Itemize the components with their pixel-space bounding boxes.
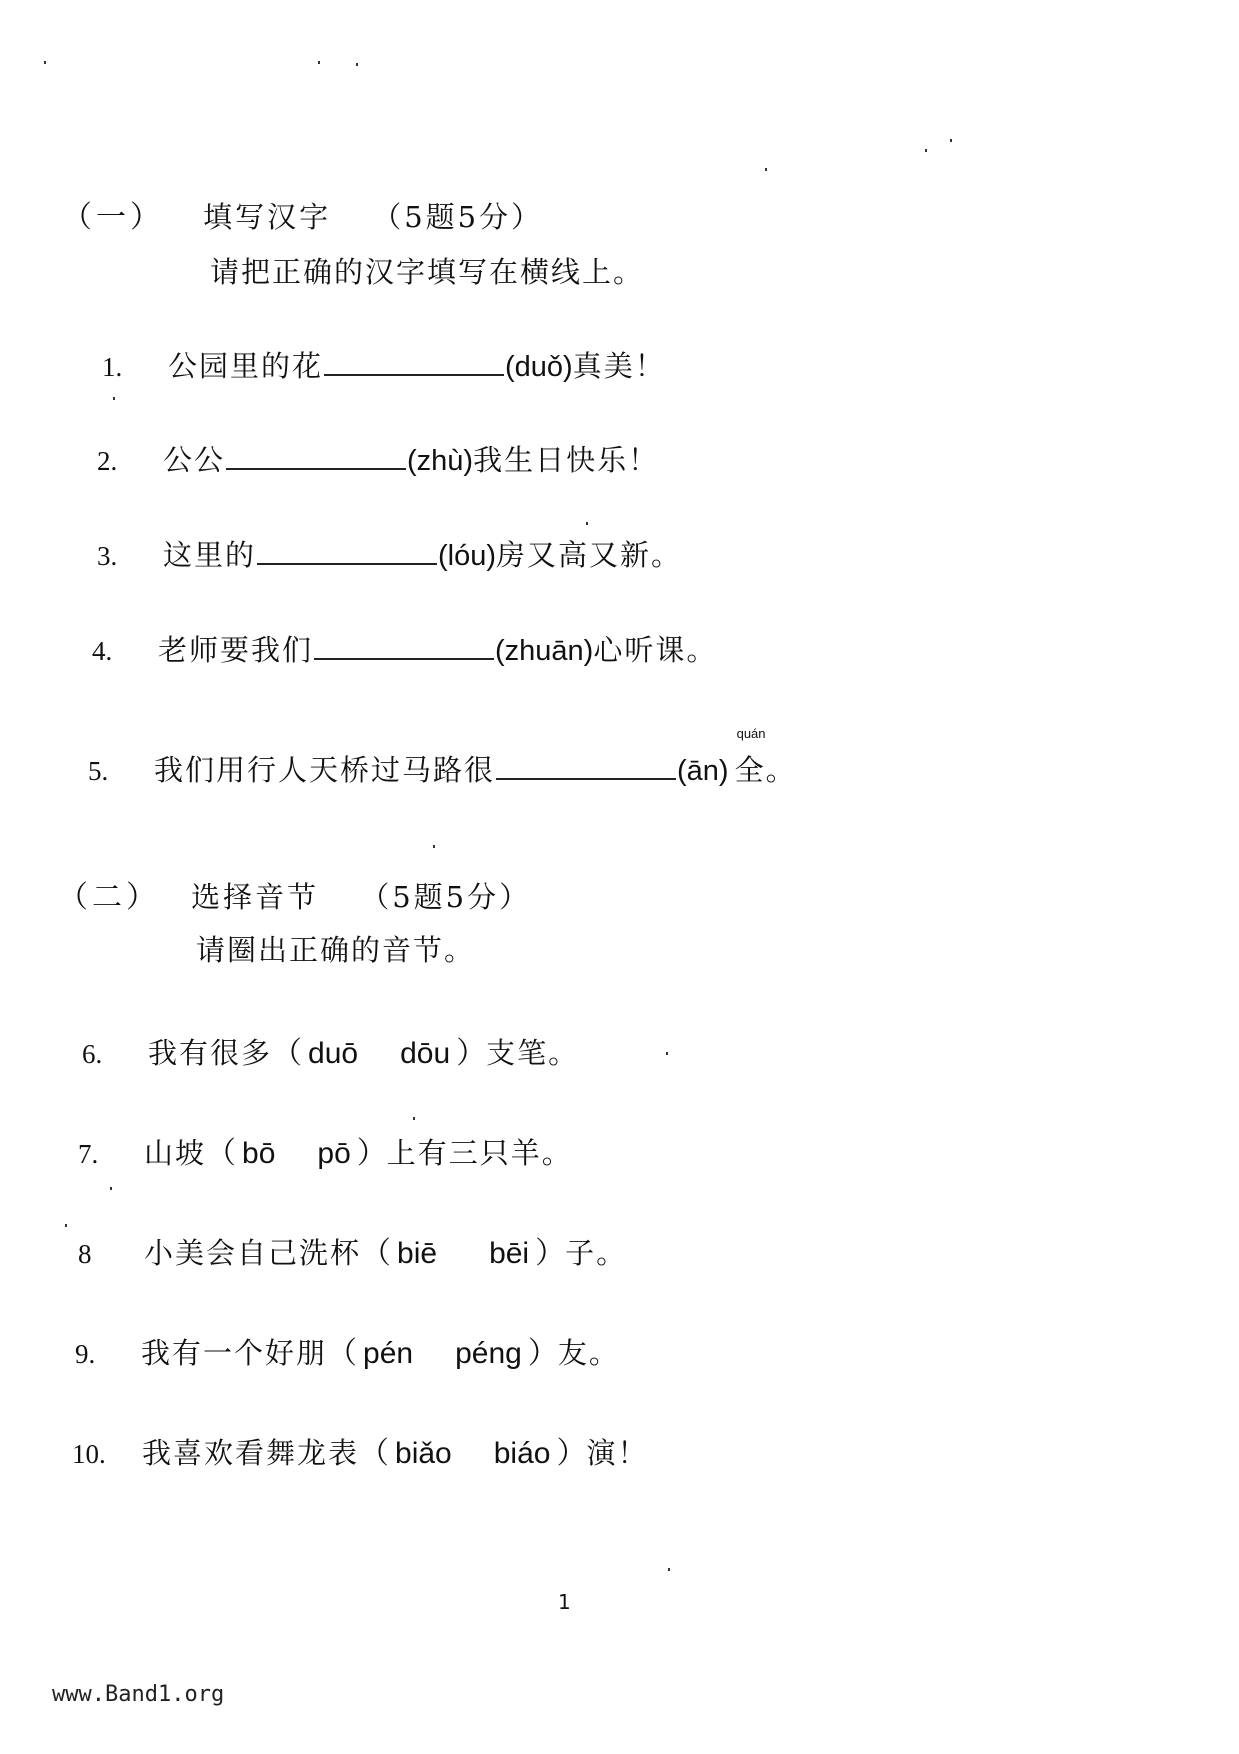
- syllable-option[interactable]: biǎo: [389, 1437, 458, 1471]
- answer-blank[interactable]: [314, 657, 494, 660]
- scan-speck: [113, 397, 115, 400]
- syllable-option[interactable]: bēi: [483, 1237, 535, 1271]
- question-text-after: 子。: [565, 1231, 627, 1272]
- syllable-option[interactable]: biē: [391, 1237, 443, 1271]
- question-number: 6.: [82, 1039, 148, 1070]
- question-1: 1. 公园里的花 (duǒ) 真美！: [102, 344, 666, 385]
- scan-speck: [586, 522, 588, 525]
- footer-website: www.Band1.org: [52, 1682, 224, 1707]
- question-text-after: 房又高又新。: [496, 533, 682, 574]
- question-10: 10. 我喜欢看舞龙表 （ biǎo biáo ） 演！: [72, 1428, 648, 1472]
- question-text-after: 我生日快乐！: [473, 438, 659, 479]
- syllable-option[interactable]: biáo: [488, 1437, 557, 1471]
- scan-speck: [413, 1117, 415, 1120]
- open-paren: （: [206, 1128, 236, 1172]
- question-text-before: 我喜欢看舞龙表: [142, 1431, 359, 1472]
- question-number: 9.: [75, 1339, 141, 1370]
- question-text-before: 公公: [163, 438, 225, 479]
- scan-speck: [110, 1187, 112, 1190]
- pinyin-hint: (duǒ): [505, 351, 573, 384]
- question-text-after: 友。: [558, 1331, 620, 1372]
- section-2-header: （二） 选择音节 （5题5分）: [58, 872, 531, 916]
- syllable-option[interactable]: bō: [236, 1137, 281, 1171]
- answer-blank[interactable]: [257, 562, 437, 565]
- question-number: 8: [78, 1239, 144, 1270]
- question-text-after: 全: [735, 753, 766, 787]
- section-1-header: （一） 填写汉字 （5题5分）: [62, 192, 543, 236]
- question-9: 9. 我有一个好朋 （ pén péng ） 友。: [75, 1328, 620, 1372]
- section-1-title: 填写汉字: [203, 200, 331, 234]
- ruby-pinyin: quán: [737, 726, 766, 741]
- open-paren: （: [361, 1228, 391, 1272]
- question-text-before: 我们用行人天桥过马路很: [154, 748, 495, 789]
- close-paren: ）: [456, 1028, 486, 1072]
- scan-speck: [666, 1052, 668, 1055]
- question-text-before: 这里的: [163, 533, 256, 574]
- close-paren: ）: [556, 1428, 586, 1472]
- question-number: 1.: [102, 352, 168, 383]
- close-paren: ）: [357, 1128, 387, 1172]
- question-5: 5. 我们用行人天桥过马路很 (ān) quán 全 。: [88, 748, 797, 789]
- scan-speck: [44, 61, 46, 64]
- question-text-after: 支笔。: [486, 1031, 579, 1072]
- scan-speck: [318, 61, 320, 64]
- question-2: 2. 公公 (zhù) 我生日快乐！: [97, 438, 659, 479]
- syllable-option[interactable]: pō: [311, 1137, 356, 1171]
- syllable-option[interactable]: dōu: [394, 1037, 456, 1071]
- question-text-before: 我有一个好朋: [141, 1331, 327, 1372]
- section-1-number: （一）: [62, 200, 164, 235]
- question-4: 4. 老师要我们 (zhuān) 心听课。: [92, 628, 717, 669]
- section-2-title: 选择音节: [191, 880, 319, 914]
- section-1-points: （5题5分）: [372, 200, 543, 234]
- question-number: 4.: [92, 636, 158, 667]
- section-2-instruction: 请圈出正确的音节。: [196, 928, 475, 969]
- question-8: 8 小美会自己洗杯 （ biē bēi ） 子。: [78, 1228, 627, 1272]
- question-3: 3. 这里的 (lóu) 房又高又新。: [97, 533, 682, 574]
- close-paren: ）: [535, 1228, 565, 1272]
- scan-speck: [668, 1568, 670, 1571]
- open-paren: （: [359, 1428, 389, 1472]
- question-text-end: 。: [766, 748, 797, 789]
- pinyin-hint: (zhù): [407, 445, 473, 478]
- question-text-after: 真美！: [573, 344, 666, 385]
- question-text-after: 演！: [586, 1431, 648, 1472]
- scan-speck: [950, 139, 952, 142]
- section-2-number: （二）: [58, 880, 160, 915]
- pinyin-hint: (ān): [677, 755, 729, 788]
- syllable-option[interactable]: péng: [449, 1337, 528, 1371]
- question-number: 10.: [72, 1439, 142, 1470]
- section-2-points: （5题5分）: [360, 880, 531, 914]
- page-number: 1: [558, 1590, 571, 1614]
- scan-speck: [765, 168, 767, 171]
- question-text-after: 心听课。: [593, 628, 717, 669]
- answer-blank[interactable]: [496, 777, 676, 780]
- question-text-before: 老师要我们: [158, 628, 313, 669]
- question-text-before: 我有很多: [148, 1031, 272, 1072]
- section-1-instruction: 请把正确的汉字填写在横线上。: [210, 250, 644, 291]
- question-6: 6. 我有很多 （ duō dōu ） 支笔。: [82, 1028, 579, 1072]
- pinyin-hint: (lóu): [438, 540, 496, 573]
- character-with-ruby: quán 全: [735, 748, 766, 789]
- syllable-option[interactable]: duō: [302, 1037, 364, 1071]
- question-number: 2.: [97, 446, 163, 477]
- open-paren: （: [327, 1328, 357, 1372]
- question-number: 3.: [97, 541, 163, 572]
- question-text-before: 公园里的花: [168, 344, 323, 385]
- scan-speck: [433, 845, 435, 848]
- question-number: 7.: [78, 1139, 144, 1170]
- close-paren: ）: [528, 1328, 558, 1372]
- pinyin-hint: (zhuān): [495, 635, 593, 668]
- question-text-after: 上有三只羊。: [387, 1131, 573, 1172]
- scan-speck: [925, 149, 927, 152]
- question-7: 7. 山坡 （ bō pō ） 上有三只羊。: [78, 1128, 573, 1172]
- question-text-before: 山坡: [144, 1131, 206, 1172]
- question-text-before: 小美会自己洗杯: [144, 1231, 361, 1272]
- syllable-option[interactable]: pén: [357, 1337, 419, 1371]
- open-paren: （: [272, 1028, 302, 1072]
- answer-blank[interactable]: [226, 467, 406, 470]
- scan-speck: [65, 1224, 67, 1227]
- answer-blank[interactable]: [324, 373, 504, 376]
- question-number: 5.: [88, 756, 154, 787]
- scan-speck: [356, 63, 358, 66]
